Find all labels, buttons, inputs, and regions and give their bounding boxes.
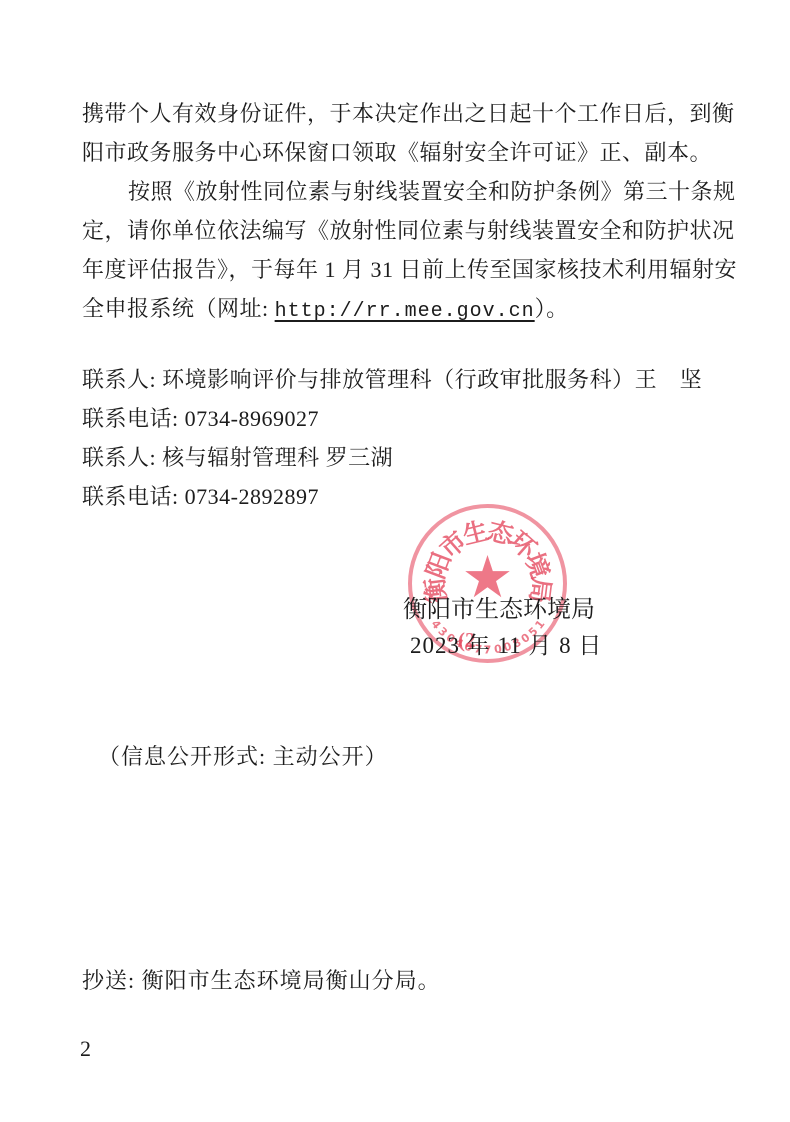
signature-date: 2023 年 11 月 8 日: [410, 627, 602, 660]
body-text: 携带个人有效身份证件，于本决定作出之日起十个工作日后，到衡 阳市政务服务中心环保…: [82, 94, 722, 331]
url-prefix: 全申报系统（网址:: [82, 296, 275, 321]
signature-agency: 衡阳市生态环境局: [403, 589, 595, 624]
url-text: http://rr.mee.gov.cn: [275, 300, 535, 323]
body-line-url: 全申报系统（网址: http://rr.mee.gov.cn）。: [82, 289, 722, 331]
body-line: 阳市政务服务中心环保窗口领取《辐射安全许可证》正、副本。: [82, 133, 722, 172]
disclosure-note: （信息公开形式: 主动公开）: [98, 740, 388, 771]
body-line: 年度评估报告》，于每年 1 月 31 日前上传至国家核技术利用辐射安: [82, 250, 722, 289]
url-suffix: ）。: [535, 296, 569, 321]
contact-phone-line: 联系电话: 0734-2892897: [82, 477, 722, 516]
contact-phone-line: 联系电话: 0734-8969027: [82, 399, 722, 438]
contact-person-line: 联系人: 环境影响评价与排放管理科（行政审批服务科）王 坚: [82, 360, 722, 399]
contact-person-line: 联系人: 核与辐射管理科 罗三湖: [82, 438, 722, 477]
cc-line: 抄送: 衡阳市生态环境局衡山分局。: [82, 964, 441, 995]
body-line: 定，请你单位依法编写《放射性同位素与射线装置安全和防护状况: [82, 211, 722, 250]
body-line: 按照《放射性同位素与射线装置安全和防护条例》第三十条规: [82, 172, 722, 211]
document-page: 携带个人有效身份证件，于本决定作出之日起十个工作日后，到衡 阳市政务服务中心环保…: [0, 0, 790, 1122]
page-number: 2: [80, 1036, 91, 1062]
contact-block: 联系人: 环境影响评价与排放管理科（行政审批服务科）王 坚 联系电话: 0734…: [82, 360, 722, 516]
body-line: 携带个人有效身份证件，于本决定作出之日起十个工作日后，到衡: [82, 94, 722, 133]
